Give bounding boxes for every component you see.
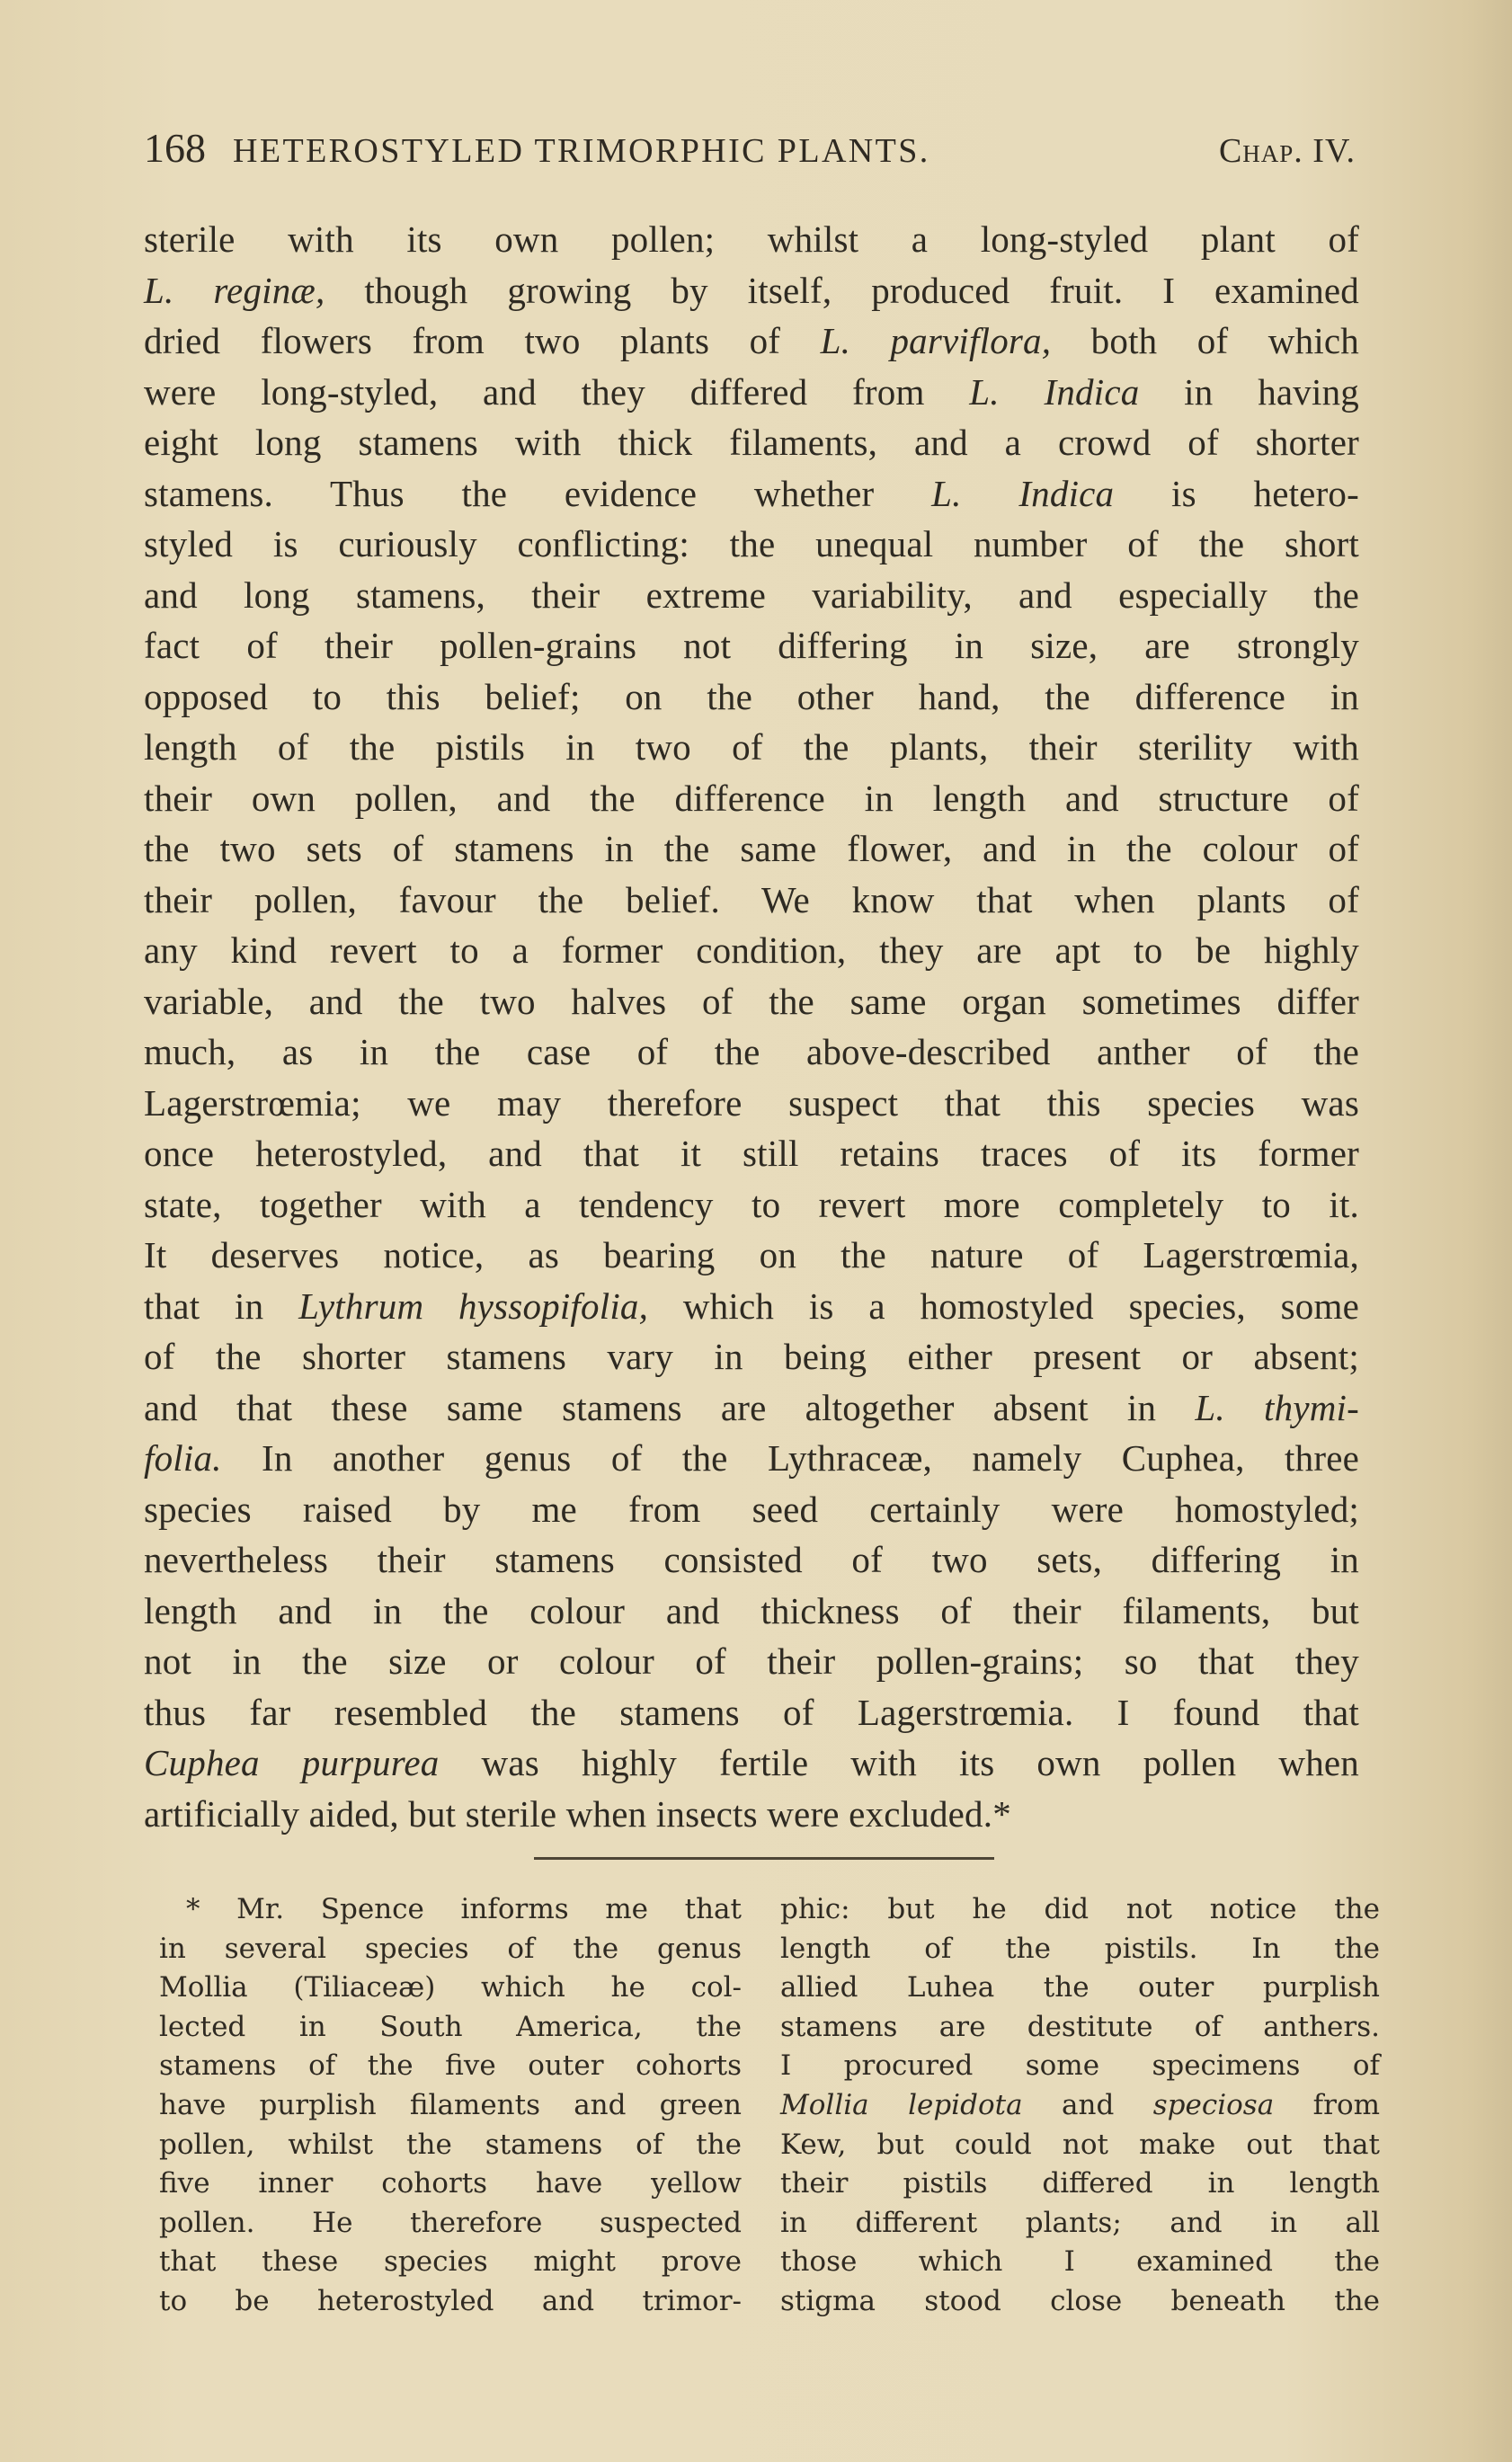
text-line: It deserves notice, as bearing on the na… [144,1230,1359,1281]
text-run: opposed to this belief; on the other han… [144,676,1359,717]
body-text: sterile with its own pollen; whilst a lo… [144,214,1359,1839]
footnote-line: their pistils differed in length [780,2164,1380,2204]
text-line: Lagerstrœmia; we may therefore suspect t… [144,1078,1359,1129]
italic-term: folia. [144,1437,222,1479]
text-run: stamens are destitute of anthers. [780,2011,1380,2043]
text-line: not in the size or colour of their polle… [144,1636,1359,1687]
text-run: variable, and the two halves of the same… [144,981,1359,1022]
text-run: in several species of the genus [159,1933,742,1965]
chapter-label: Chap. IV. [1219,131,1356,171]
text-run: is hetero- [1114,473,1359,514]
text-run: those which I examined the [780,2245,1380,2278]
text-line: artificially aided, but sterile when ins… [144,1789,1359,1840]
text-run: Mollia (Tiliaceæ) which he col- [159,1971,742,2004]
text-run: dried flowers from two plants of [144,320,821,361]
italic-term: L. Indica [969,371,1139,413]
text-run: much, as in the case of the above-descri… [144,1031,1359,1072]
text-run: were long-styled, and they differed from [144,371,969,413]
text-run: thus far resembled the stamens of Lagers… [144,1692,1359,1733]
footnote-line: pollen, whilst the stamens of the [159,2126,742,2165]
text-line: sterile with its own pollen; whilst a lo… [144,214,1359,265]
footnote-line: Mollia (Tiliaceæ) which he col- [159,1969,742,2008]
footnote-line: have purplish filaments and green [159,2086,742,2126]
footnote-line: Kew, but could not make out that [780,2126,1380,2165]
text-run: both of which [1051,320,1359,361]
text-run: and that these same stamens are altogeth… [144,1387,1195,1428]
text-line: styled is curiously conflicting: the une… [144,519,1359,570]
footnote-line: stigma stood close beneath the [780,2282,1380,2322]
text-run: styled is curiously conflicting: the une… [144,523,1359,564]
text-run: in having [1139,371,1359,413]
text-line: once heterostyled, and that it still ret… [144,1128,1359,1179]
text-run: * Mr. Spence informs me that [186,1893,742,1925]
footnote-line: in several species of the genus [159,1930,742,1969]
text-line: thus far resembled the stamens of Lagers… [144,1687,1359,1738]
text-line: variable, and the two halves of the same… [144,976,1359,1027]
text-run: from [1274,2089,1380,2121]
text-line: L. reginæ, though growing by itself, pro… [144,265,1359,316]
text-run: stigma stood close beneath the [780,2285,1380,2317]
text-run: have purplish filaments and green [159,2089,742,2121]
footnote-line: allied Luhea the outer purplish [780,1969,1380,2008]
text-line: stamens. Thus the evidence whether L. In… [144,468,1359,520]
text-line: length of the pistils in two of the plan… [144,722,1359,773]
text-run: their own pollen, and the difference in … [144,778,1359,819]
footnote-line: Mollia lepidota and speciosa from [780,2086,1380,2126]
text-line: fact of their pollen-grains not differin… [144,620,1359,671]
text-run: It deserves notice, as bearing on the na… [144,1234,1359,1275]
footnote-line: I procured some specimens of [780,2047,1380,2086]
text-line: any kind revert to a former condition, t… [144,925,1359,976]
footnote-line: in different plants; and in all [780,2204,1380,2244]
text-run: In another genus of the Lythraceæ, namel… [222,1437,1359,1479]
text-line: and long stamens, their extreme variabil… [144,570,1359,621]
text-run: I procured some specimens of [780,2049,1380,2082]
running-title: HETEROSTYLED TRIMORPHIC PLANTS. [233,131,1219,171]
text-run: which is a homostyled species, some [648,1285,1359,1327]
text-run: length of the pistils in two of the plan… [144,726,1359,768]
footnote-line: stamens of the five outer cohorts [159,2047,742,2086]
footnote-line: * Mr. Spence informs me that [159,1890,742,1930]
text-run: pollen, whilst the stamens of the [159,2129,742,2161]
text-line: nevertheless their stamens consisted of … [144,1534,1359,1586]
text-run: and [1023,2089,1153,2121]
text-run: fact of their pollen-grains not differin… [144,625,1359,666]
text-line: their pollen, favour the belief. We know… [144,875,1359,926]
text-run: to be heterostyled and trimor- [159,2285,742,2317]
italic-term: L. reginæ, [144,270,325,311]
text-line: Cuphea purpurea was highly fertile with … [144,1738,1359,1789]
footnote-line: five inner cohorts have yellow [159,2164,742,2204]
text-run: artificially aided, but sterile when ins… [144,1793,1011,1835]
footnote-line: that these species might prove [159,2243,742,2282]
text-run: any kind revert to a former condition, t… [144,929,1359,971]
text-run: that these species might prove [159,2245,742,2278]
footnote-left-column: * Mr. Spence informs me thatin several s… [159,1890,742,2322]
text-run: Lagerstrœmia; we may therefore suspect t… [144,1082,1359,1124]
text-run: though growing by itself, produced fruit… [325,270,1359,311]
text-run: of the shorter stamens vary in being eit… [144,1336,1359,1377]
text-line: the two sets of stamens in the same flow… [144,823,1359,875]
text-run: length of the pistils. In the [780,1933,1380,1965]
footnote-line: those which I examined the [780,2243,1380,2282]
text-line: were long-styled, and they differed from… [144,367,1359,418]
text-run: stamens of the five outer cohorts [159,2049,742,2082]
text-run: length and in the colour and thickness o… [144,1590,1359,1631]
text-line: of the shorter stamens vary in being eit… [144,1331,1359,1382]
italic-term: L. parviflora, [821,320,1052,361]
text-line: that in Lythrum hyssopifolia, which is a… [144,1281,1359,1332]
text-run: state, together with a tendency to rever… [144,1184,1359,1225]
footnote-right-column: phic: but he did not notice thelength of… [780,1890,1380,2322]
text-run: lected in South America, the [159,2011,742,2043]
text-run: their pistils differed in length [780,2167,1380,2200]
text-run: in different plants; and in all [780,2207,1380,2239]
text-run: nevertheless their stamens consisted of … [144,1539,1359,1580]
footnote-line: stamens are destitute of anthers. [780,2008,1380,2048]
text-run: phic: but he did not notice the [780,1893,1380,1925]
text-run: and long stamens, their extreme variabil… [144,574,1359,616]
text-line: length and in the colour and thickness o… [144,1586,1359,1637]
italic-term: Cuphea purpurea [144,1742,439,1783]
text-line: species raised by me from seed certainly… [144,1484,1359,1535]
text-run: sterile with its own pollen; whilst a lo… [144,218,1359,260]
text-run: the two sets of stamens in the same flow… [144,828,1359,869]
text-run: was highly fertile with its own pollen w… [439,1742,1359,1783]
text-line: folia. In another genus of the Lythraceæ… [144,1433,1359,1484]
italic-term: Mollia lepidota [780,2089,1023,2121]
italic-term: speciosa [1153,2089,1274,2121]
text-run: Kew, but could not make out that [780,2129,1380,2161]
page-number: 168 [144,124,206,172]
text-run: that in [144,1285,298,1327]
text-line: dried flowers from two plants of L. parv… [144,316,1359,367]
footnote-line: pollen. He therefore suspected [159,2204,742,2244]
text-line: state, together with a tendency to rever… [144,1179,1359,1231]
text-run: stamens. Thus the evidence whether [144,473,931,514]
italic-term: L. thymi- [1195,1387,1359,1428]
text-run: allied Luhea the outer purplish [780,1971,1380,2004]
italic-term: L. Indica [931,473,1114,514]
text-run: species raised by me from seed certainly… [144,1489,1359,1530]
footnote-line: lected in South America, the [159,2008,742,2048]
text-run: pollen. He therefore suspected [159,2207,742,2239]
text-run: eight long stamens with thick filaments,… [144,422,1359,463]
footnote-line: length of the pistils. In the [780,1930,1380,1969]
footnote-line: to be heterostyled and trimor- [159,2282,742,2322]
running-head: 168 HETEROSTYLED TRIMORPHIC PLANTS. Chap… [144,124,1356,174]
text-line: eight long stamens with thick filaments,… [144,417,1359,468]
italic-term: Lythrum hyssopifolia, [298,1285,648,1327]
text-run: their pollen, favour the belief. We know… [144,879,1359,920]
text-line: much, as in the case of the above-descri… [144,1027,1359,1078]
text-run: once heterostyled, and that it still ret… [144,1133,1359,1174]
footnote-divider [534,1857,994,1860]
text-line: their own pollen, and the difference in … [144,773,1359,824]
footnote-line: phic: but he did not notice the [780,1890,1380,1930]
book-page: 168 HETEROSTYLED TRIMORPHIC PLANTS. Chap… [0,0,1512,2462]
text-line: opposed to this belief; on the other han… [144,671,1359,723]
text-run: five inner cohorts have yellow [159,2167,742,2200]
text-run: not in the size or colour of their polle… [144,1640,1359,1682]
text-line: and that these same stamens are altogeth… [144,1382,1359,1434]
